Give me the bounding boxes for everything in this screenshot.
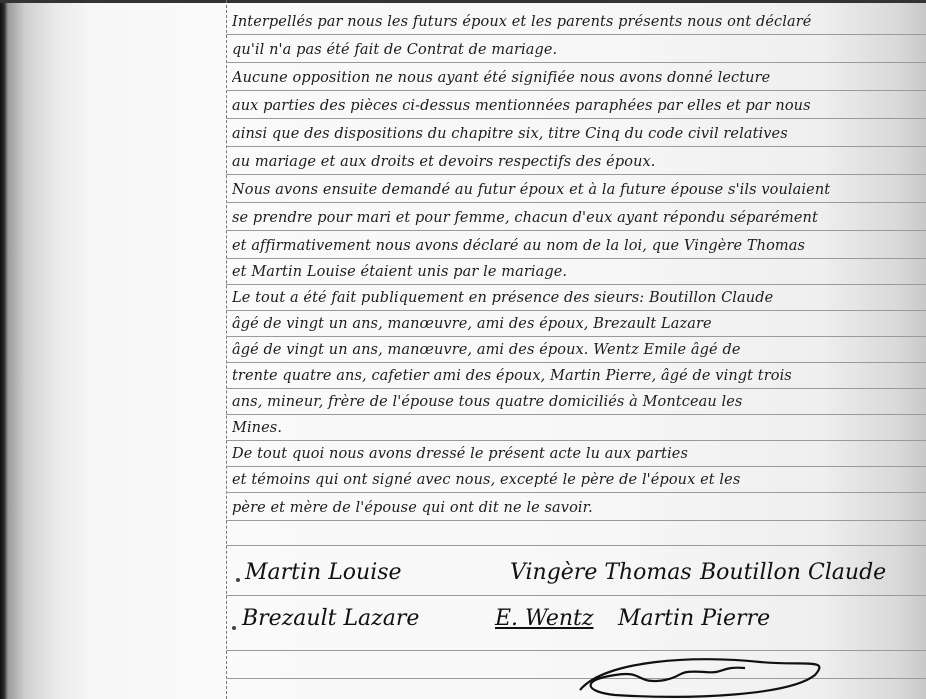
text-line: Le tout a été fait publiquement en prése…	[232, 290, 916, 306]
officer-paraph-icon	[575, 650, 835, 699]
page-top-edge	[0, 0, 926, 3]
text-line: se prendre pour mari et pour femme, chac…	[232, 210, 916, 226]
text-line: trente quatre ans, cafetier ami des épou…	[232, 368, 916, 384]
ruled-line	[226, 34, 926, 35]
signature-mark	[232, 626, 236, 630]
text-line: Aucune opposition ne nous ayant été sign…	[232, 70, 916, 86]
signature-mark	[236, 578, 240, 582]
text-line: et Martin Louise étaient unis par le mar…	[232, 264, 916, 280]
ruled-line	[226, 90, 926, 91]
ruled-line	[226, 230, 926, 231]
ruled-line	[226, 414, 926, 415]
ruled-line	[226, 336, 926, 337]
signature-witness-1: Boutillon Claude	[700, 560, 886, 585]
signature-witness-4: Martin Pierre	[618, 606, 770, 631]
ruled-line	[226, 146, 926, 147]
text-line: père et mère de l'épouse qui ont dit ne …	[232, 500, 916, 516]
ruled-line	[226, 310, 926, 311]
text-line: ainsi que des dispositions du chapitre s…	[232, 126, 916, 142]
register-page: Interpellés par nous les futurs époux et…	[0, 0, 926, 699]
text-line: Interpellés par nous les futurs époux et…	[232, 14, 916, 30]
ruled-line	[226, 595, 926, 596]
ruled-line	[226, 362, 926, 363]
ruled-line	[226, 440, 926, 441]
text-line: et affirmativement nous avons déclaré au…	[232, 238, 916, 254]
signature-witness-3: E. Wentz	[495, 606, 593, 631]
signature-groom: Vingère Thomas	[510, 560, 692, 585]
ruled-line	[226, 520, 926, 521]
ruled-line	[226, 62, 926, 63]
ruled-line	[226, 202, 926, 203]
text-line: et témoins qui ont signé avec nous, exce…	[232, 472, 916, 488]
ruled-line	[226, 545, 926, 546]
text-line: Mines.	[232, 420, 916, 436]
text-line: âgé de vingt un ans, manœuvre, ami des é…	[232, 316, 916, 332]
ruled-line	[226, 174, 926, 175]
ruled-line	[226, 492, 926, 493]
text-line: ans, mineur, frère de l'épouse tous quat…	[232, 394, 916, 410]
text-line: au mariage et aux droits et devoirs resp…	[232, 154, 916, 170]
ruled-line	[226, 388, 926, 389]
ruled-line	[226, 118, 926, 119]
text-line: âgé de vingt un ans, manœuvre, ami des é…	[232, 342, 916, 358]
signature-witness-2: Brezault Lazare	[242, 606, 419, 631]
signature-bride: Martin Louise	[245, 560, 402, 585]
text-line: Nous avons ensuite demandé au futur épou…	[232, 182, 916, 198]
ruled-line	[226, 258, 926, 259]
ruled-line	[226, 284, 926, 285]
text-line: aux parties des pièces ci-dessus mention…	[232, 98, 916, 114]
ruled-line	[226, 466, 926, 467]
text-line: De tout quoi nous avons dressé le présen…	[232, 446, 916, 462]
text-line: qu'il n'a pas été fait de Contrat de mar…	[232, 42, 916, 58]
